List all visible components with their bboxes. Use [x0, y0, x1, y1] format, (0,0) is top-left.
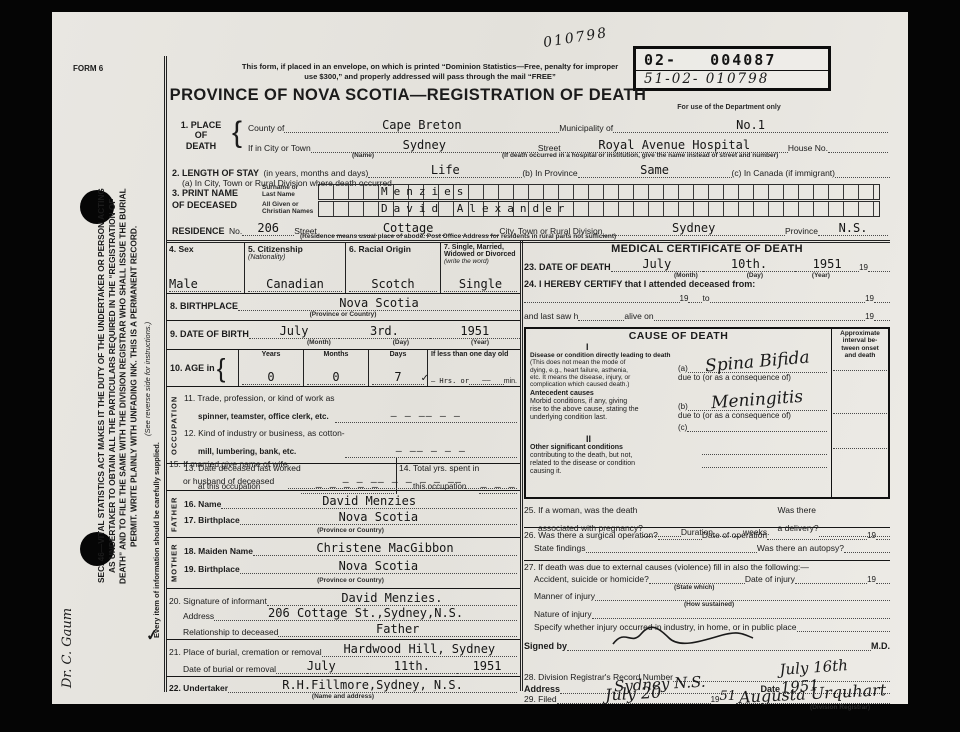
- age-days-value: 7: [372, 370, 424, 385]
- injury-date-label: Date of injury: [745, 574, 795, 584]
- left-column: 4. Sex Male 5. Citizenship (Nationality)…: [166, 243, 520, 707]
- s15-label1: 15. If married give name of wife: [169, 459, 288, 469]
- father-birthplace-value: Nova Scotia: [339, 510, 418, 524]
- informant-value: David Menzies.: [341, 591, 442, 605]
- column-divider: [520, 241, 523, 691]
- antecedent-label: Antecedent causes: [530, 390, 676, 398]
- dob-label: 9. DATE OF BIRTH: [170, 329, 249, 339]
- burial-place-value: Hardwood Hill, Sydney: [343, 642, 495, 656]
- mother-birthplace-value: Nova Scotia: [339, 559, 418, 573]
- residence-label: RESIDENCE: [172, 226, 225, 236]
- birthplace-label: 8. BIRTHPLACE: [170, 301, 238, 311]
- manner-label: Manner of injury: [534, 591, 595, 601]
- death-month: July: [642, 257, 671, 271]
- operation-date-label: Date of operation: [702, 530, 767, 540]
- occ-14-label: 14. Total yrs. spent in: [399, 463, 479, 473]
- checkmark-days: ✓: [421, 373, 429, 384]
- cause-roman-ii: II: [586, 434, 827, 444]
- dob-month: July: [280, 324, 309, 338]
- racial-origin-label: 6. Racial Origin: [349, 244, 437, 254]
- stamp-typed-number: 02- 004087: [636, 49, 828, 70]
- residence-province-label: Province: [785, 226, 818, 236]
- other-4: causing it.: [530, 468, 700, 476]
- given-caption: All Given orChristian Names: [262, 201, 314, 216]
- section-father: FATHER 16. Name David Menzies 17. Birthp…: [166, 491, 520, 538]
- section-9: 9. DATE OF BIRTH July 3rd. 1951 (Month) …: [166, 321, 520, 350]
- burial-month: July: [307, 659, 336, 673]
- interval-2: interval be-: [833, 337, 887, 344]
- given-names-grid: David Alexander: [318, 201, 880, 217]
- interval-column: Approximate interval be- tween onset and…: [831, 329, 888, 497]
- section-4-7: 4. Sex Male 5. Citizenship (Nationality)…: [166, 243, 520, 294]
- dob-year-caption: (Year): [471, 339, 489, 346]
- surname-caption: Surname orLast Name: [262, 184, 314, 199]
- certify-to: to: [702, 293, 709, 303]
- certify-label: 24. I HEREBY CERTIFY that I attended dec…: [524, 279, 890, 289]
- death-year-caption: (Year): [812, 272, 830, 279]
- age-years-label: Years: [242, 351, 300, 358]
- birthplace-value: Nova Scotia: [339, 296, 418, 310]
- county-label: County of: [248, 123, 284, 133]
- envelope-note-line2: use $300,” and properly addressed will p…: [215, 72, 645, 82]
- cause-note-3: etc. It means the disease, injury, or: [530, 374, 676, 381]
- right-column: MEDICAL CERTIFICATE OF DEATH 23. DATE OF…: [524, 243, 890, 711]
- cause-b-value: Meningitis: [711, 387, 804, 413]
- residence-city-value: Sydney: [672, 221, 715, 235]
- delivery-label2: a delivery?: [778, 523, 819, 533]
- other-2: contributing to the death, but not,: [530, 452, 700, 460]
- father-side-label: FATHER: [166, 491, 181, 537]
- father-name-label: 16. Name: [184, 499, 221, 509]
- mother-maiden-label: 18. Maiden Name: [184, 546, 253, 556]
- birthplace-caption: (Province or Country): [166, 311, 520, 318]
- section-26: 26. Was there a surgical operation? Date…: [524, 528, 890, 561]
- department-stamp-box: 02- 004087 51-02- 010798: [633, 46, 831, 91]
- cause-title: CAUSE OF DEATH: [530, 330, 827, 342]
- mother-birthplace-label: 19. Birthplace: [184, 564, 240, 574]
- form-number: FORM 6: [73, 64, 103, 73]
- death-day: 10th.: [731, 257, 767, 271]
- burial-date-label: Date of burial or removal: [183, 664, 276, 674]
- doctor-signature-scribble: [607, 626, 757, 648]
- certify-19b: 19: [865, 294, 874, 303]
- section-25: 25. If a woman, was the death associated…: [524, 499, 890, 528]
- age-months-value: 0: [307, 370, 365, 385]
- s2-label: 2. LENGTH OF STAY: [172, 168, 259, 178]
- county-value: Cape Breton: [382, 118, 461, 132]
- stay-province-value: Same: [640, 163, 669, 177]
- section-10: 10. AGE in { Years 0 Months 0 Days 7 ✓ I…: [166, 350, 520, 387]
- filed-date-value: July 20: [605, 683, 662, 705]
- antecedent-1: Morbid conditions, if any, giving: [530, 398, 676, 406]
- delivery-label1: Was there: [778, 505, 816, 515]
- document-title: PROVINCE OF NOVA SCOTIA—REGISTRATION OF …: [168, 86, 648, 105]
- cause-due-1: due to (or as a consequence of): [678, 373, 827, 382]
- residence-no-value: 206: [257, 221, 279, 235]
- signed-by-label: Signed by: [524, 641, 567, 651]
- sex-value: Male: [169, 277, 241, 292]
- age-days-label: Days: [372, 351, 424, 358]
- division-registrar-caption: (Division Registrar): [524, 704, 890, 711]
- section-24: 24. I HEREBY CERTIFY that I attended dec…: [524, 279, 890, 327]
- filed-year-value: 51: [719, 689, 736, 704]
- section-29: 29. Filed July 20 1951 Augusta Urquhart …: [524, 684, 890, 711]
- s2-sub: (in years, months and days): [263, 168, 368, 178]
- other-1: Other significant conditions: [530, 444, 700, 452]
- md-label: M.D.: [871, 641, 890, 651]
- racial-origin-value: Scotch: [349, 277, 437, 292]
- cause-note-2: dying, e.g., heart failure, asthenia,: [530, 367, 676, 374]
- house-no-label: House No.: [788, 143, 828, 153]
- stamp-written-number: 51-02- 010798: [636, 70, 828, 88]
- filed-label: 29. Filed: [524, 694, 557, 704]
- occ-12-value: — —— — — —: [345, 446, 517, 458]
- cause-note-4: complication which caused death.): [530, 381, 676, 388]
- undertaker-label: 22. Undertaker: [169, 683, 228, 693]
- death-month-caption: (Month): [674, 272, 698, 279]
- cause-of-death-box: CAUSE OF DEATH I Disease or condition di…: [524, 327, 890, 499]
- interval-1: Approximate: [833, 330, 887, 337]
- informant-relationship-label: Relationship to deceased: [183, 627, 278, 637]
- city-name-caption: (Name): [352, 152, 374, 159]
- father-birthplace-label: 17. Birthplace: [184, 515, 240, 525]
- s25-label1: 25. If a woman, was the death: [524, 505, 637, 515]
- occ-12-label: 12. Kind of industry or business, as cot…: [184, 428, 345, 438]
- antecedent-3: underlying condition last.: [530, 414, 676, 422]
- operation-19: 19: [867, 531, 876, 540]
- cause-a-label: (a): [678, 364, 688, 373]
- last-saw-19: 19: [865, 312, 874, 321]
- surname-grid: Menzies: [318, 184, 880, 200]
- father-name-value: David Menzies: [322, 494, 416, 508]
- mother-birthplace-caption: (Province or Country): [184, 577, 517, 584]
- age-brace: {: [217, 353, 226, 384]
- informant-label: 20. Signature of informant: [169, 596, 267, 606]
- marital-sub: (write the word): [444, 258, 517, 265]
- section-21: 21. Place of burial, cremation or remova…: [166, 640, 520, 677]
- margin-reverse-side-note: (See reverse side for instructions.): [143, 186, 152, 436]
- alive-on-label: alive on: [624, 311, 653, 321]
- last-saw-label: and last saw h: [524, 311, 578, 321]
- s1-label: 1. PLACE OF DEATH: [172, 120, 230, 151]
- marital-label-2: Widowed or Divorced: [444, 251, 517, 258]
- findings-label: State findings: [534, 543, 586, 553]
- envelope-note: This form, if placed in an envelope, on …: [215, 62, 645, 82]
- state-which-caption: (State which): [674, 584, 890, 591]
- burial-place-label: 21. Place of burial, cremation or remova…: [169, 647, 322, 657]
- cause-note-1: (This does not mean the mode of: [530, 359, 676, 366]
- dob-day: 3rd.: [370, 324, 399, 338]
- section-mother: MOTHER 18. Maiden Name Christene MacGibb…: [166, 538, 520, 589]
- stay-province-label: (b) In Province: [522, 168, 577, 178]
- citizenship-label: 5. Citizenship: [248, 244, 342, 254]
- mother-side-label: MOTHER: [166, 538, 181, 588]
- cause-b-label: (b): [678, 402, 688, 411]
- street-value: Royal Avenue Hospital: [598, 138, 750, 152]
- citizenship-sub: (Nationality): [248, 254, 342, 261]
- stay-city-value: Life: [431, 163, 460, 177]
- section-8: 8. BIRTHPLACE Nova Scotia (Province or C…: [166, 294, 520, 321]
- cause-c-label: (c): [678, 423, 687, 432]
- surname-value: Menzies: [381, 185, 469, 198]
- given-names-value: David Alexander: [381, 202, 570, 215]
- cause-lead-label: Disease or condition directly leading to…: [530, 352, 676, 359]
- age-label: 10. AGE in: [170, 363, 215, 373]
- section-20: 20. Signature of informant David Menzies…: [166, 589, 520, 640]
- age-years-value: 0: [242, 370, 300, 385]
- nature-label: Nature of injury: [534, 609, 592, 619]
- stamp-caption: For use of the Department only: [633, 104, 825, 112]
- age-less-label: If less than one day old: [431, 351, 517, 358]
- burial-day: 11th.: [394, 659, 430, 673]
- father-birthplace-caption: (Province or Country): [184, 527, 517, 534]
- burial-year: 1951: [473, 659, 502, 673]
- cause-due-2: due to (or as a consequence of): [678, 411, 827, 420]
- margin-statute-notice: SEC. 46—VITAL STATISTICS ACT MAKES IT TH…: [96, 182, 140, 590]
- informant-address-label: Address: [183, 611, 214, 621]
- occ-11-label2: spinner, teamster, office clerk, etc.: [198, 412, 329, 421]
- section-23: 23. DATE OF DEATH July 10th. 1951 19 (Mo…: [524, 255, 890, 279]
- s15-value: — — —— — — — — ——: [288, 477, 517, 489]
- marital-label-1: 7. Single, Married,: [444, 244, 517, 251]
- municipality-value: No.1: [736, 118, 765, 132]
- medical-certificate-title: MEDICAL CERTIFICATE OF DEATH: [524, 243, 890, 255]
- occ-11-label: 11. Trade, profession, or kind of work a…: [184, 393, 335, 403]
- date-of-death-label: 23. DATE OF DEATH: [524, 262, 611, 272]
- certify-19a: 19: [680, 294, 689, 303]
- city-town-value: Sydney: [403, 138, 446, 152]
- age-hrs: — Hrs. or: [431, 377, 469, 385]
- informant-address-value: 206 Cottage St.,Sydney,N.S.: [268, 606, 463, 620]
- stay-canada-label: (c) In Canada (if immigrant): [732, 168, 835, 178]
- section-27: 27. If death was due to external causes …: [524, 561, 890, 636]
- dob-day-caption: (Day): [393, 339, 409, 346]
- sex-label: 4. Sex: [169, 244, 241, 254]
- filed-19: 19: [711, 695, 720, 704]
- occ-11-value: — — —— — —: [335, 411, 517, 423]
- death-day-caption: (Day): [747, 272, 763, 279]
- accident-label: Accident, suicide or homicide?: [534, 574, 649, 584]
- residence-no-label: No.: [229, 226, 242, 236]
- external-label: 27. If death was due to external causes …: [524, 562, 890, 572]
- autopsy-label: Was there an autopsy?: [757, 543, 844, 553]
- division-registrar-signature: Augusta Urquhart: [739, 680, 887, 707]
- mother-maiden-value: Christene MacGibbon: [316, 541, 453, 555]
- street-caption: (If death occurred in a hospital or inst…: [502, 152, 778, 159]
- death-year-pre: 19: [859, 263, 868, 272]
- interval-3: tween onset: [833, 345, 887, 352]
- undertaker-caption: (Name and address): [169, 693, 517, 700]
- other-3: related to the disease or condition: [530, 460, 700, 468]
- city-town-label: If in City or Town: [248, 143, 311, 153]
- informant-relationship-value: Father: [376, 622, 419, 636]
- envelope-note-line1: This form, if placed in an envelope, on …: [215, 62, 645, 72]
- s3-label: 3. PRINT NAME OF DECEASED: [172, 188, 258, 211]
- section-signed: Signed by M.D. Address Sydney N.S. Date …: [524, 636, 890, 670]
- operation-label: 26. Was there a surgical operation?: [524, 530, 658, 540]
- age-months-label: Months: [307, 351, 365, 358]
- section-occupation: OCCUPATION 11. Trade, profession, or kin…: [166, 387, 520, 464]
- age-min-label: min.: [504, 378, 517, 385]
- margin-handwritten-name: Dr. C. Gaum: [60, 578, 75, 688]
- margin-supplied-note: Every item of information should be care…: [152, 388, 161, 638]
- how-sustained-caption: (How sustained): [684, 601, 890, 608]
- municipality-label: Municipality of: [559, 123, 613, 133]
- checkmark-burial: ✓: [145, 625, 160, 645]
- citizenship-value: Canadian: [248, 277, 342, 292]
- section-22: 22. Undertaker R.H.Fillmore,Sydney, N.S.…: [166, 677, 520, 707]
- injury-19: 19: [867, 575, 876, 584]
- dob-month-caption: (Month): [307, 339, 331, 346]
- antecedent-2: rise to the above cause, stating the: [530, 406, 676, 414]
- death-year: 1951: [813, 257, 842, 271]
- scanned-death-certificate: SEC. 46—VITAL STATISTICS ACT MAKES IT TH…: [0, 0, 960, 732]
- undertaker-value: R.H.Fillmore,Sydney, N.S.: [282, 678, 463, 692]
- occupation-side-label: OCCUPATION: [166, 387, 181, 463]
- interval-4: and death: [833, 352, 887, 359]
- s15-label2: or husband of deceased: [183, 476, 274, 486]
- s1-brace: {: [232, 116, 242, 150]
- dob-year: 1951: [460, 324, 489, 338]
- age-min-dashes: ——: [469, 376, 504, 385]
- residence-province-value: N.S.: [839, 221, 868, 235]
- marital-value: Single: [444, 277, 517, 292]
